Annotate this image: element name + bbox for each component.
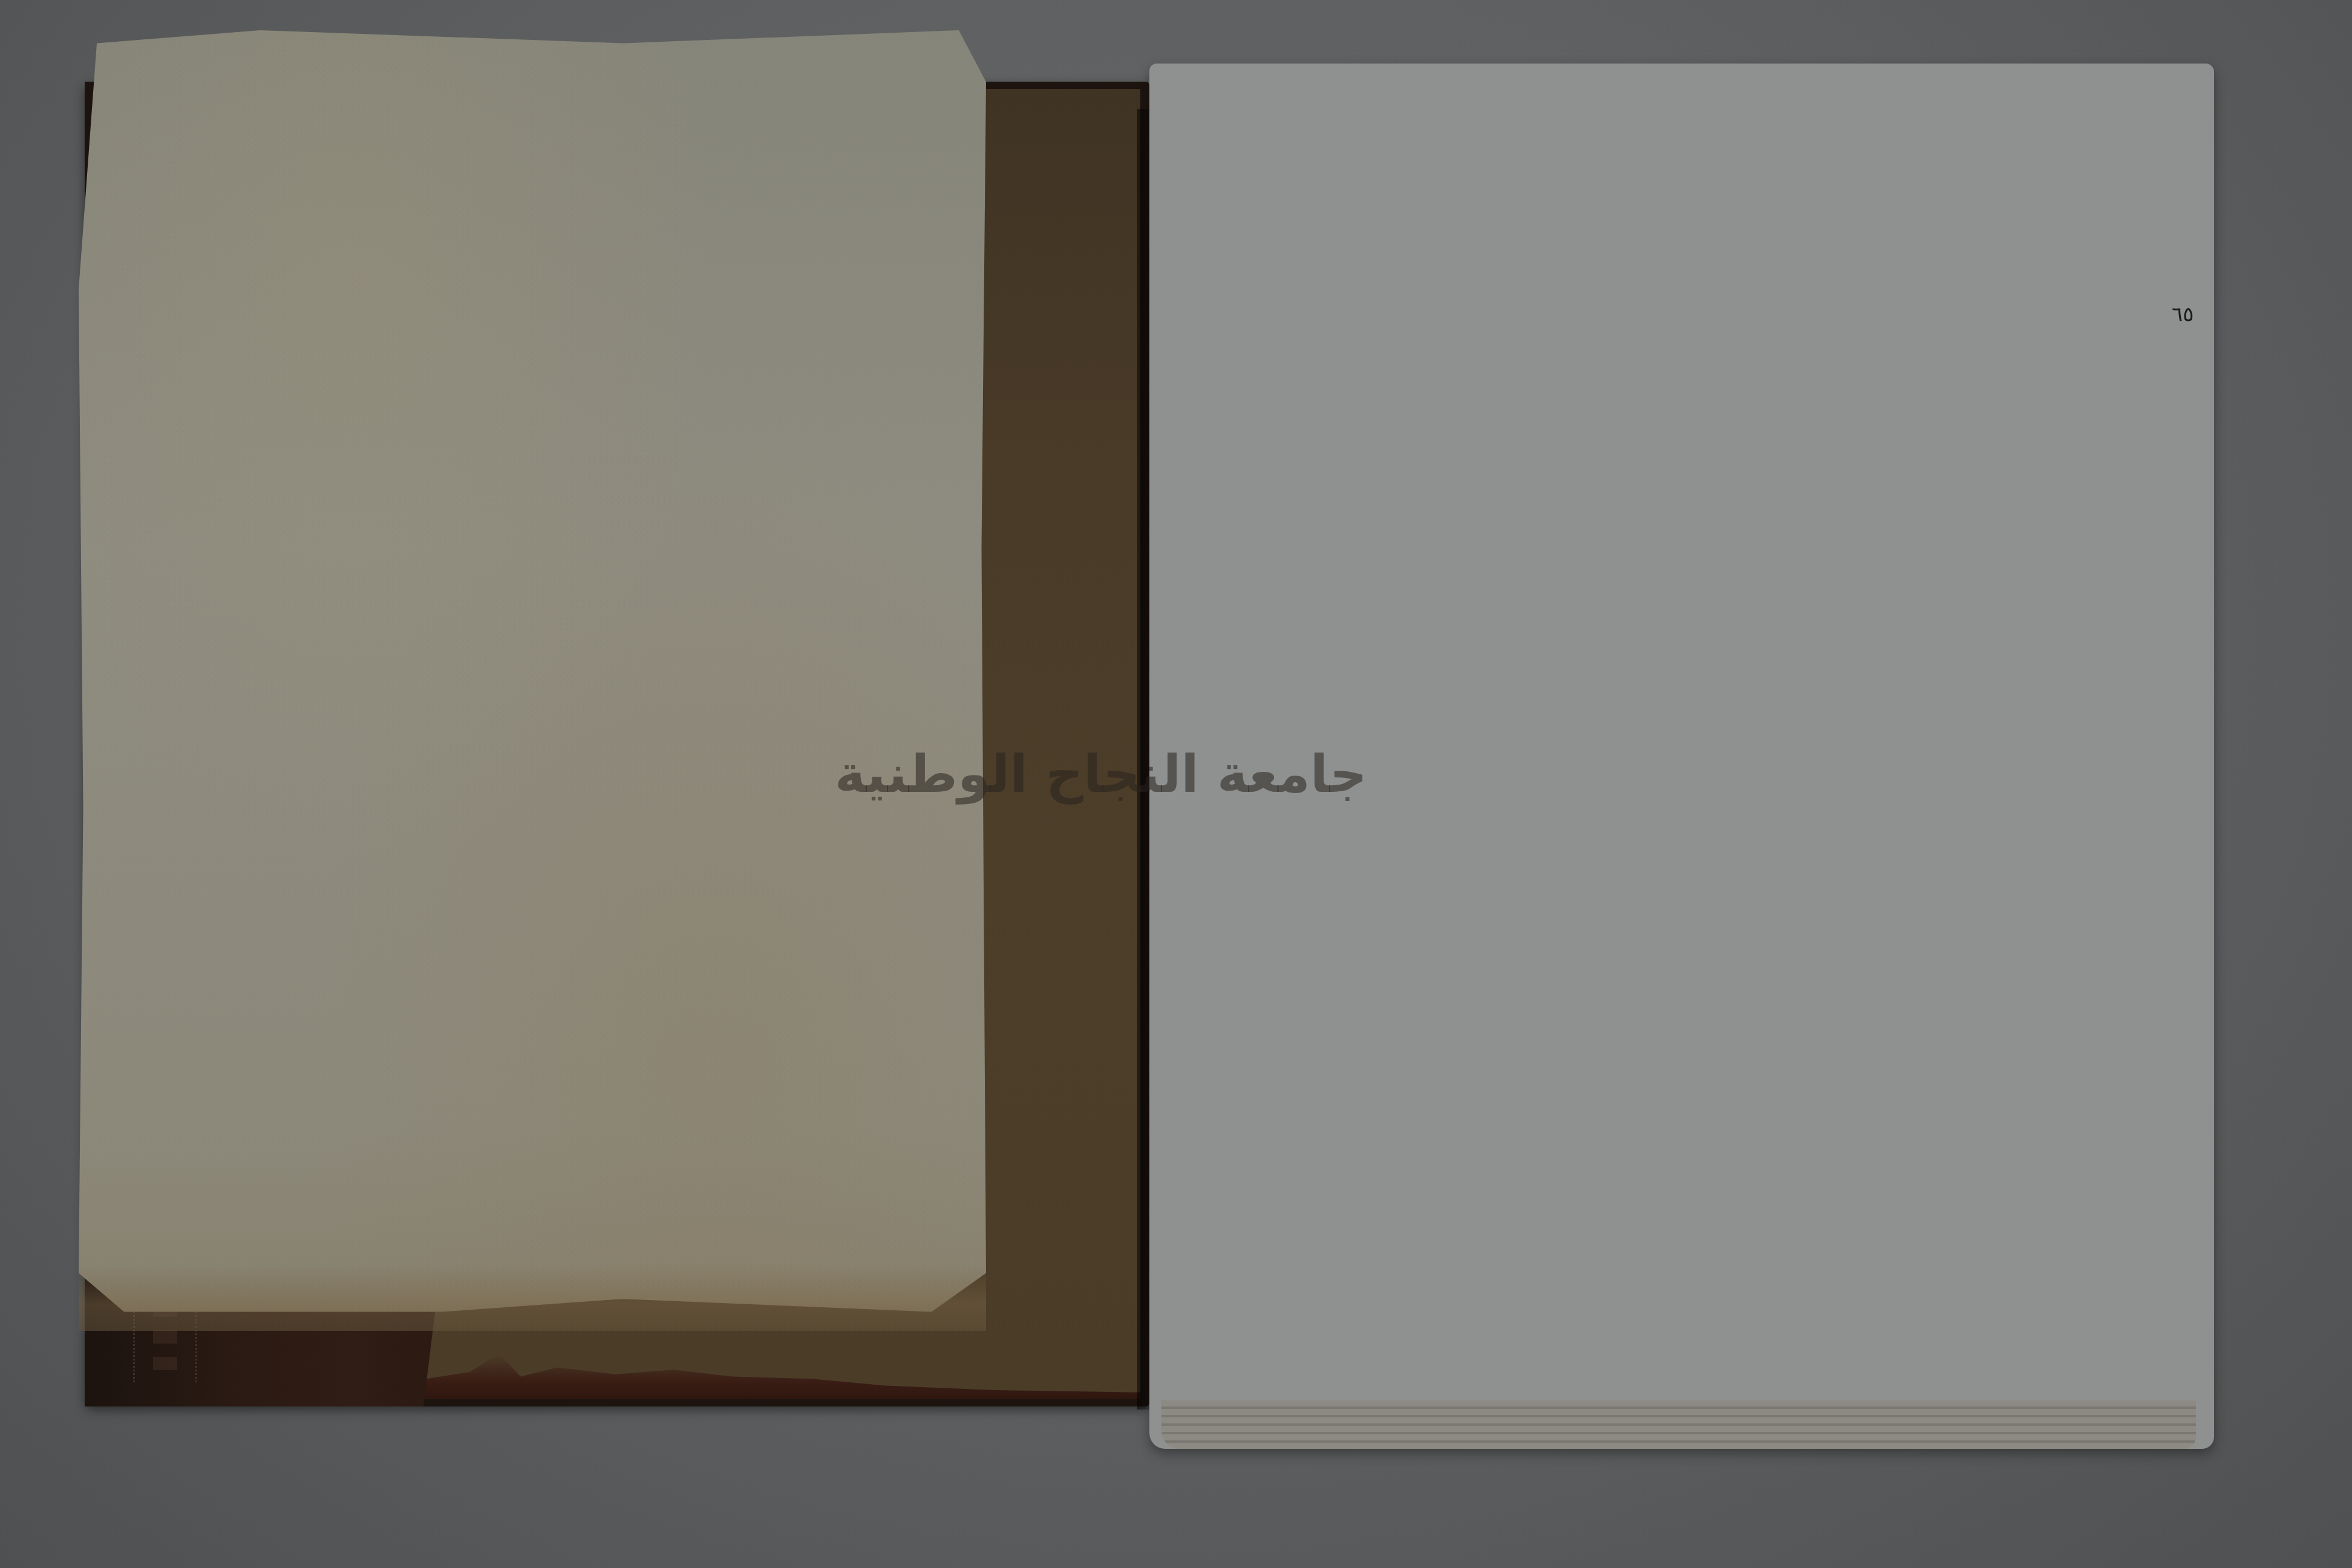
folio-note: ٦٥: [2172, 302, 2194, 327]
page-water-stain: [79, 1264, 986, 1331]
manuscript-photo: دخل في ملك الفقير الي مولاه السيد حسن تف…: [0, 0, 2352, 1568]
blank-page: [79, 30, 986, 1325]
university-watermark: جامعة النجاح الوطنية: [980, 732, 1367, 817]
page-stack-edges: [1161, 1400, 2196, 1449]
